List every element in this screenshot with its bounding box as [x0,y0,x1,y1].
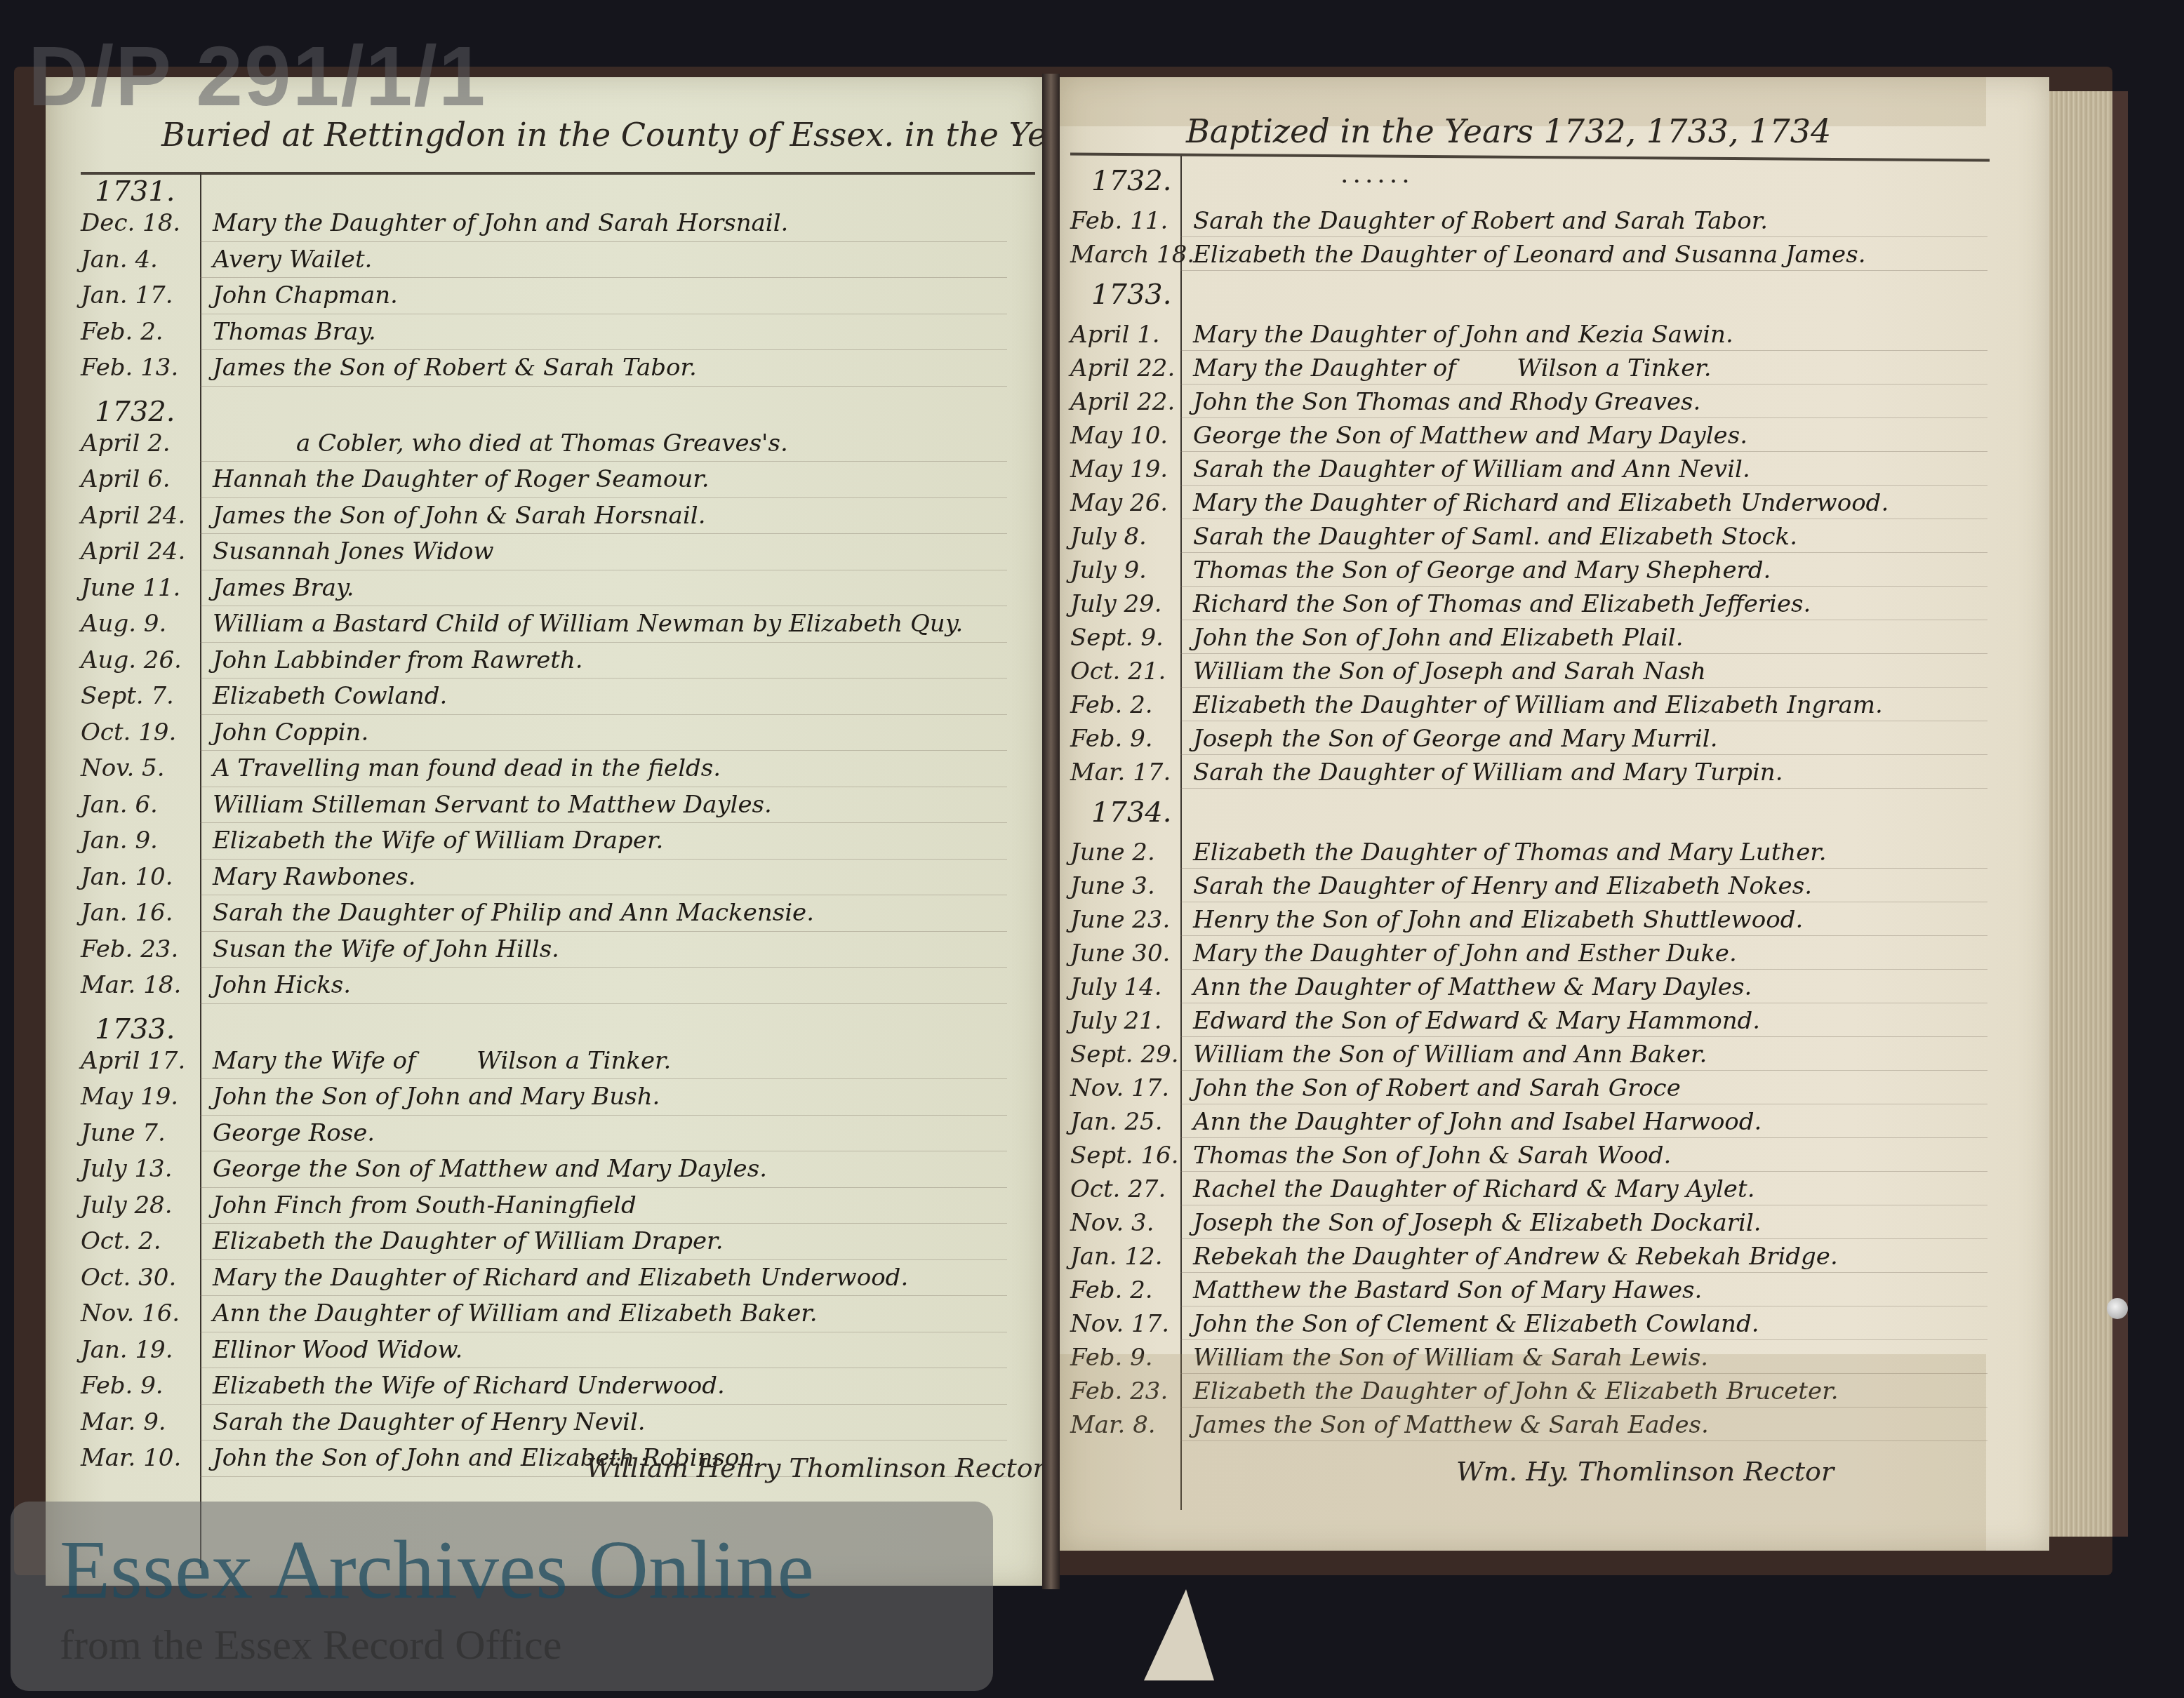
entry-date: Jan. 9. [81,827,200,855]
entry-text: Susan the Wife of John Hills. [200,935,559,963]
entry-text: James the Son of John & Sarah Horsnail. [200,502,705,530]
ruled-line [200,386,1007,387]
entry-date: Jan. 4. [81,246,200,274]
ruled-line [1180,969,1987,970]
register-entry: Jan. 4.Avery Wailet. [81,246,372,274]
watermark-title: Essex Archives Online [60,1523,814,1618]
ruled-line [200,1440,1007,1440]
ruled-line [200,1223,1007,1224]
entry-text: Joseph the Son of George and Mary Murril… [1180,725,1718,753]
ruled-line [200,678,1007,678]
entry-date: Dec. 18. [81,209,200,237]
register-entry: May 19.John the Son of John and Mary Bus… [81,1083,660,1111]
entry-date: Oct. 27. [1070,1175,1180,1203]
ruled-line [1180,1238,1987,1239]
entry-text: Rebekah the Daughter of Andrew & Rebekah… [1180,1243,1838,1271]
ruled-line [1180,236,1987,237]
entry-date: May 10. [1070,422,1180,450]
register-entry: June 30.Mary the Daughter of John and Es… [1070,940,1737,968]
entry-date: Mar. 18. [81,971,200,999]
entry-text: Thomas the Son of George and Mary Shephe… [1180,556,1771,584]
entry-text: Henry the Son of John and Elizabeth Shut… [1180,906,1803,934]
entry-text: Mary the Daughter of John and Kezia Sawi… [1180,321,1733,349]
register-entry: April 22.Mary the Daughter of Wilson a T… [1070,354,1712,382]
register-entry: Nov. 17.John the Son of Robert and Sarah… [1070,1074,1681,1102]
ruled-line [200,497,1007,498]
register-entry: April 6.Hannah the Daughter of Roger Sea… [81,465,710,493]
entry-date: July 28. [81,1191,200,1219]
entry-text: James the Son of Robert & Sarah Tabor. [200,354,697,382]
entry-date: Oct. 19. [81,718,200,747]
page-edges [2049,91,2128,1537]
entry-date: Feb. 11. [1070,207,1180,235]
entry-text: John the Son of John and Mary Bush. [200,1083,660,1111]
heading-rule [81,172,1035,175]
ruled-line [200,1295,1007,1296]
entry-date: July 13. [81,1155,200,1183]
register-entry: Jan. 12.Rebekah the Daughter of Andrew &… [1070,1243,1838,1271]
entry-text: George Rose. [200,1119,375,1147]
ruled-line [1180,417,1987,418]
year-label: 1732. [95,396,175,428]
entry-date: July 8. [1070,523,1180,551]
entry-text: George the Son of Matthew and Mary Dayle… [1180,422,1747,450]
ruled-line [200,1404,1007,1405]
ruled-line [1180,270,1987,271]
ruled-line [200,349,1007,350]
register-entry: June 2.Elizabeth the Daughter of Thomas … [1070,838,1827,867]
register-entry: Oct. 30.Mary the Daughter of Richard and… [81,1264,908,1292]
register-entry: Sept. 29.William the Son of William and … [1070,1041,1707,1069]
rector-signature: Wm. Hy. Thomlinson Rector [1456,1456,1834,1487]
entry-date: June 23. [1070,906,1180,934]
ruled-line [200,1003,1007,1004]
entry-date: June 7. [81,1119,200,1147]
entry-text: Sarah the Daughter of Robert and Sarah T… [1180,207,1768,235]
year-label: 1733. [95,1013,175,1045]
ruled-line [1180,451,1987,452]
ruled-line [1180,1070,1987,1071]
rector-signature: William Henry Thomlinson Rector [586,1452,1046,1483]
register-entry: July 29.Richard the Son of Thomas and El… [1070,590,1811,618]
ruled-line [1180,935,1987,936]
ruled-line [1180,1171,1987,1172]
heading-rule [1070,152,1990,161]
baptisms-heading: Baptized in the Years 1732, 1733, 1734 [1186,112,1831,150]
register-entry: Sept. 7.Elizabeth Cowland. [81,682,447,710]
entry-text: William the Son of Joseph and Sarah Nash [1180,657,1706,686]
register-entry: April 2. a Cobler, who died at Thomas Gr… [81,429,788,457]
ruled-line [200,241,1007,242]
reference-mark: D/P 291/1/1 [28,28,487,125]
register-entry: April 17.Mary the Wife of Wilson a Tinke… [81,1047,671,1075]
entry-date: Jan. 10. [81,863,200,891]
ruled-line [1180,1137,1987,1138]
ruled-line [200,1332,1007,1332]
register-entry: Jan. 17.John Chapman. [81,281,398,309]
entry-text: A Travelling man found dead in the field… [200,754,721,782]
register-entry: July 13.George the Son of Matthew and Ma… [81,1155,767,1183]
ruled-line [200,1078,1007,1079]
entry-text: Mary the Daughter of Richard and Elizabe… [1180,489,1889,517]
entry-text: Mary the Daughter of Wilson a Tinker. [1180,354,1712,382]
ruled-line [200,461,1007,462]
register-entry: Jan. 6.William Stilleman Servant to Matt… [81,791,772,819]
ruled-line [1180,1104,1987,1104]
entry-text: Thomas the Son of John & Sarah Wood. [1180,1142,1671,1170]
entry-date: Feb. 9. [1070,725,1180,753]
register-entry: April 22.John the Son Thomas and Rhody G… [1070,388,1700,416]
entry-text: George the Son of Matthew and Mary Dayle… [200,1155,767,1183]
archive-watermark: Essex Archives Online from the Essex Rec… [11,1502,993,1691]
register-entry: Mar. 17.Sarah the Daughter of William an… [1070,758,1783,787]
register-entry: Jan. 25.Ann the Daughter of John and Isa… [1070,1108,1762,1136]
entry-date: June 11. [81,574,200,602]
entry-text: Rachel the Daughter of Richard & Mary Ay… [1180,1175,1754,1203]
entry-date: Oct. 30. [81,1264,200,1292]
entry-date: Feb. 2. [1070,1276,1180,1304]
ellipsis-mark: ...... [1340,160,1414,189]
entry-text: Ann the Daughter of John and Isabel Harw… [1180,1108,1762,1136]
entry-text: Elizabeth Cowland. [200,682,447,710]
register-entry: Feb. 2.Elizabeth the Daughter of William… [1070,691,1883,719]
entry-text: Elizabeth the Wife of Richard Underwood. [200,1372,725,1400]
water-stain-bottom [1060,1354,1986,1551]
ruled-line [1180,868,1987,869]
year-label: 1732. [1091,165,1172,197]
entry-date: Jan. 16. [81,899,200,927]
entry-text: William the Son of William and Ann Baker… [1180,1041,1707,1069]
ruled-line [1180,586,1987,587]
ruled-line [200,931,1007,932]
ruled-line [1180,788,1987,789]
entry-date: Sept. 29. [1070,1041,1180,1069]
entry-text: Sarah the Daughter of Henry and Elizabet… [1180,872,1812,900]
entry-date: April 24. [81,537,200,566]
entry-text: Sarah the Daughter of Saml. and Elizabet… [1180,523,1797,551]
baptisms-page: Baptized in the Years 1732, 1733, 1734 .… [1060,77,2049,1551]
register-entry: Dec. 18.Mary the Daughter of John and Sa… [81,209,788,237]
entry-date: April 22. [1070,388,1180,416]
entry-date: Nov. 5. [81,754,200,782]
entry-date: May 19. [81,1083,200,1111]
entry-text: Mary Rawbones. [200,863,416,891]
register-entry: Feb. 9.Elizabeth the Wife of Richard Und… [81,1372,725,1400]
entry-date: Oct. 21. [1070,657,1180,686]
entry-text: Hannah the Daughter of Roger Seamour. [200,465,710,493]
entry-date: Mar. 9. [81,1408,200,1436]
entry-text: James Bray. [200,574,354,602]
ruled-line [200,570,1007,570]
entry-date: Nov. 16. [81,1299,200,1328]
entry-date: Mar. 10. [81,1444,200,1472]
register-entry: Jan. 19.Ellinor Wood Widow. [81,1336,462,1364]
entry-text: Sarah the Daughter of William and Mary T… [1180,758,1783,787]
entry-date: Jan. 12. [1070,1243,1180,1271]
ruled-line [1180,552,1987,553]
register-entry: Oct. 19.John Coppin. [81,718,368,747]
ruled-line [200,606,1007,606]
ruled-line [200,967,1007,968]
entry-date: April 6. [81,465,200,493]
register-entry: July 28.John Finch from South-Haningfiel… [81,1191,637,1219]
register-entry: Nov. 5.A Travelling man found dead in th… [81,754,721,782]
ruled-line [200,533,1007,534]
entry-date: Jan. 6. [81,791,200,819]
entry-text: Elizabeth the Daughter of Thomas and Mar… [1180,838,1827,867]
entry-text: Sarah the Daughter of William and Ann Ne… [1180,455,1750,483]
entry-date: July 14. [1070,973,1180,1001]
entry-text: a Cobler, who died at Thomas Greaves's. [200,429,788,457]
entry-text: Ann the Daughter of William and Elizabet… [200,1299,818,1328]
register-entry: April 1.Mary the Daughter of John and Ke… [1070,321,1733,349]
entry-date: Nov. 17. [1070,1074,1180,1102]
entry-date: June 30. [1070,940,1180,968]
ruled-line [200,714,1007,715]
ruled-line [1180,1205,1987,1205]
register-entry: Feb. 13.James the Son of Robert & Sarah … [81,354,697,382]
entry-text: Sarah the Daughter of Philip and Ann Mac… [200,899,814,927]
entry-date: July 21. [1070,1007,1180,1035]
register-entry: April 24.James the Son of John & Sarah H… [81,502,705,530]
entry-date: Mar. 17. [1070,758,1180,787]
register-entry: Oct. 27.Rachel the Daughter of Richard &… [1070,1175,1754,1203]
entry-text: John Chapman. [200,281,398,309]
register-entry: Sept. 9.John the Son of John and Elizabe… [1070,624,1684,652]
entry-date: June 2. [1070,838,1180,867]
entry-text: John Hicks. [200,971,351,999]
register-entry: June 3.Sarah the Daughter of Henry and E… [1070,872,1812,900]
register-entry: Jan. 16.Sarah the Daughter of Philip and… [81,899,814,927]
register-entry: Feb. 23.Susan the Wife of John Hills. [81,935,559,963]
ruled-line [1180,902,1987,902]
entry-date: April 17. [81,1047,200,1075]
ruled-line [1180,620,1987,620]
entry-text: John Finch from South-Haningfield [200,1191,637,1219]
register-entry: July 21.Edward the Son of Edward & Mary … [1070,1007,1760,1035]
entry-text: John the Son of John and Elizabeth Plail… [1180,624,1684,652]
register-entry: Feb. 9.Joseph the Son of George and Mary… [1070,725,1718,753]
burials-page: Buried at Rettingdon in the County of Es… [46,77,1042,1586]
entry-text: Joseph the Son of Joseph & Elizabeth Doc… [1180,1209,1762,1237]
ruled-line [1180,1339,1987,1340]
entry-text: Mary the Daughter of John and Esther Duk… [1180,940,1737,968]
ruled-line [1180,687,1987,688]
entry-text: Sarah the Daughter of Henry Nevil. [200,1408,646,1436]
register-entry: Jan. 10.Mary Rawbones. [81,863,416,891]
ruled-line [200,1187,1007,1188]
register-entry: July 9.Thomas the Son of George and Mary… [1070,556,1771,584]
register-entry: June 11.James Bray. [81,574,354,602]
entry-date: March 18. [1070,241,1180,269]
register-entry: Aug. 26.John Labbinder from Rawreth. [81,646,583,674]
entry-date: Feb. 2. [81,318,200,346]
entry-text: Ellinor Wood Widow. [200,1336,462,1364]
entry-text: Elizabeth the Daughter of William and El… [1180,691,1883,719]
ruled-line [1180,1306,1987,1306]
ruled-line [1180,1272,1987,1273]
year-label: 1733. [1091,279,1172,311]
register-entry: Jan. 9.Elizabeth the Wife of William Dra… [81,827,663,855]
entry-text: John the Son of Clement & Elizabeth Cowl… [1180,1310,1759,1338]
entry-text: Mary the Daughter of Richard and Elizabe… [200,1264,908,1292]
entry-date: Jan. 17. [81,281,200,309]
register-entry: Oct. 2.Elizabeth the Daughter of William… [81,1227,723,1255]
register-entry: Aug. 9.William a Bastard Child of Willia… [81,610,963,638]
register-entry: March 18.Elizabeth the Daughter of Leona… [1070,241,1866,269]
ruled-line [1180,1003,1987,1003]
entry-text: Thomas Bray. [200,318,376,346]
watermark-subtitle: from the Essex Record Office [60,1621,561,1669]
entry-date: Feb. 13. [81,354,200,382]
ruled-line [200,895,1007,895]
ruled-line [200,314,1007,314]
register-entry: June 23.Henry the Son of John and Elizab… [1070,906,1803,934]
entry-date: June 3. [1070,872,1180,900]
register-entry: Nov. 16.Ann the Daughter of William and … [81,1299,818,1328]
register-entry: May 19.Sarah the Daughter of William and… [1070,455,1750,483]
register-entry: Mar. 18.John Hicks. [81,971,351,999]
register-entry: June 7.George Rose. [81,1119,375,1147]
entry-text: John the Son of Robert and Sarah Groce [1180,1074,1681,1102]
ruled-line [1180,519,1987,519]
entry-text: William Stilleman Servant to Matthew Day… [200,791,772,819]
entry-text: John Coppin. [200,718,368,747]
ruled-line [1180,384,1987,385]
entry-text: John the Son Thomas and Rhody Greaves. [1180,388,1700,416]
ruled-line [1180,754,1987,755]
register-entry: April 24.Susannah Jones Widow [81,537,494,566]
entry-text: Mary the Daughter of John and Sarah Hors… [200,209,788,237]
register-entry: July 8.Sarah the Daughter of Saml. and E… [1070,523,1797,551]
entry-date: May 19. [1070,455,1180,483]
ruled-line [200,787,1007,787]
entry-date: July 29. [1070,590,1180,618]
entry-text: Avery Wailet. [200,246,372,274]
entry-date: April 2. [81,429,200,457]
ruled-line [200,859,1007,860]
ruled-line [1180,721,1987,721]
register-entry: July 14.Ann the Daughter of Matthew & Ma… [1070,973,1752,1001]
entry-date: Aug. 26. [81,646,200,674]
entry-date: Aug. 9. [81,610,200,638]
entry-date: Sept. 16. [1070,1142,1180,1170]
register-entry: Mar. 9.Sarah the Daughter of Henry Nevil… [81,1408,646,1436]
register-entry: Nov. 17.John the Son of Clement & Elizab… [1070,1310,1759,1338]
ruled-line [200,277,1007,278]
entry-text: Mary the Wife of Wilson a Tinker. [200,1047,671,1075]
entry-text: Ann the Daughter of Matthew & Mary Dayle… [1180,973,1752,1001]
entry-text: Elizabeth the Wife of William Draper. [200,827,663,855]
entry-date: Jan. 19. [81,1336,200,1364]
entry-date: Sept. 7. [81,682,200,710]
entry-date: Nov. 3. [1070,1209,1180,1237]
register-entry: Feb. 2.Thomas Bray. [81,318,376,346]
ruled-line [200,642,1007,643]
register-entry: Sept. 16.Thomas the Son of John & Sarah … [1070,1142,1671,1170]
entry-text: William a Bastard Child of William Newma… [200,610,963,638]
paper-fragment [1144,1589,1214,1680]
entry-text: John Labbinder from Rawreth. [200,646,583,674]
ruled-line [200,1259,1007,1260]
entry-date: Feb. 9. [81,1372,200,1400]
entry-text: Matthew the Bastard Son of Mary Hawes. [1180,1276,1702,1304]
ruled-line [1180,1036,1987,1037]
entry-date: April 24. [81,502,200,530]
entry-date: Feb. 2. [1070,691,1180,719]
entry-text: Elizabeth the Daughter of William Draper… [200,1227,723,1255]
ruled-line [200,750,1007,751]
entry-date: May 26. [1070,489,1180,517]
ruled-line [1180,485,1987,486]
entry-text: Edward the Son of Edward & Mary Hammond. [1180,1007,1760,1035]
entry-date: Jan. 25. [1070,1108,1180,1136]
register-entry: Feb. 2.Matthew the Bastard Son of Mary H… [1070,1276,1702,1304]
ruled-line [1180,350,1987,351]
ruled-line [200,1151,1007,1151]
register-entry: Feb. 11.Sarah the Daughter of Robert and… [1070,207,1768,235]
entry-text: Richard the Son of Thomas and Elizabeth … [1180,590,1811,618]
ruled-line [200,1115,1007,1116]
entry-date: April 1. [1070,321,1180,349]
register-entry: May 26.Mary the Daughter of Richard and … [1070,489,1889,517]
entry-date: Oct. 2. [81,1227,200,1255]
mounting-pin [2107,1298,2128,1319]
year-label: 1731. [95,175,175,208]
entry-date: July 9. [1070,556,1180,584]
entry-date: Sept. 9. [1070,624,1180,652]
entry-date: April 22. [1070,354,1180,382]
ruled-line [200,1368,1007,1368]
entry-text: Elizabeth the Daughter of Leonard and Su… [1180,241,1866,269]
entry-date: Feb. 23. [81,935,200,963]
register-entry: Oct. 21.William the Son of Joseph and Sa… [1070,657,1706,686]
ruled-line [1180,653,1987,654]
book-gutter [1042,74,1060,1589]
year-label: 1734. [1091,796,1172,829]
register-entry: May 10.George the Son of Matthew and Mar… [1070,422,1747,450]
entry-text: Susannah Jones Widow [200,537,494,566]
ruled-line [200,822,1007,823]
register-entry: Nov. 3.Joseph the Son of Joseph & Elizab… [1070,1209,1762,1237]
entry-date: Nov. 17. [1070,1310,1180,1338]
